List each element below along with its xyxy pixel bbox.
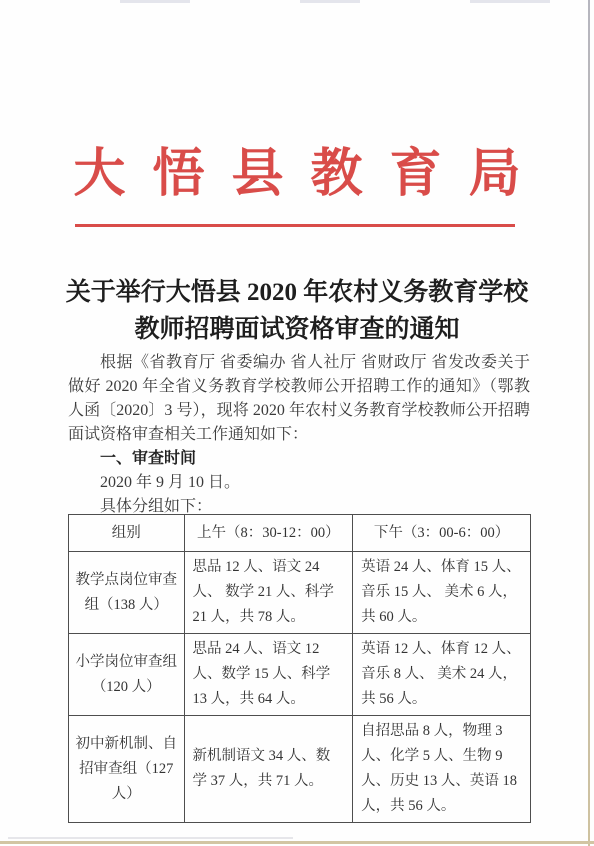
group-cell: 教学点岗位审查组（138 人）: [69, 552, 185, 634]
scan-artifact: [8, 837, 293, 839]
review-date-line: 2020 年 9 月 10 日。: [68, 471, 530, 495]
header-afternoon: 下午（3：00-6：00）: [353, 515, 531, 552]
org-letterhead: 大悟县教育局: [0, 131, 594, 206]
scan-artifact: [300, 0, 360, 3]
morning-cell: 思品 12 人、语文 24 人、 数学 21 人、科学 21 人，共 78 人。: [184, 552, 353, 634]
section-heading-review-time: 一、审查时间: [68, 447, 530, 471]
scan-artifact: [120, 0, 190, 3]
afternoon-cell: 自招思品 8 人，物理 3 人、化学 5 人、生物 9 人、历史 13 人、英语…: [353, 716, 531, 823]
page-edge-right: [588, 0, 590, 846]
table-header-row: 组别 上午（8：30-12：00） 下午（3：00-6：00）: [69, 515, 531, 552]
morning-cell: 新机制语文 34 人、数学 37 人，共 71 人。: [184, 716, 353, 823]
scanned-document-page: 大悟县教育局 关于举行大悟县 2020 年农村义务教育学校 教师招聘面试资格审查…: [0, 0, 594, 846]
table-row: 教学点岗位审查组（138 人） 思品 12 人、语文 24 人、 数学 21 人…: [69, 552, 531, 634]
table-row: 初中新机制、自招审查组（127 人） 新机制语文 34 人、数学 37 人，共 …: [69, 716, 531, 823]
table-row: 小学岗位审查组（120 人） 思品 24 人、语文 12 人、数学 15 人、科…: [69, 634, 531, 716]
letterhead-divider: [75, 224, 515, 227]
page-edge-bottom: [0, 841, 594, 844]
header-morning: 上午（8：30-12：00）: [184, 515, 353, 552]
document-title-line2: 教师招聘面试资格审查的通知: [30, 311, 564, 348]
morning-cell: 思品 24 人、语文 12 人、数学 15 人、科学 13 人，共 64 人。: [184, 634, 353, 716]
grouping-table: 组别 上午（8：30-12：00） 下午（3：00-6：00） 教学点岗位审查组…: [68, 514, 531, 823]
document-body: 根据《省教育厅 省委编办 省人社厅 省财政厅 省发改委关于做好 2020 年全省…: [68, 351, 530, 519]
group-cell: 初中新机制、自招审查组（127 人）: [69, 716, 185, 823]
document-title: 关于举行大悟县 2020 年农村义务教育学校 教师招聘面试资格审查的通知: [30, 274, 564, 348]
document-title-line1: 关于举行大悟县 2020 年农村义务教育学校: [30, 274, 564, 311]
header-group: 组别: [69, 515, 185, 552]
scan-artifact: [470, 0, 550, 3]
afternoon-cell: 英语 24 人、体育 15 人、音乐 15 人、 美术 6 人，共 60 人。: [353, 552, 531, 634]
intro-paragraph: 根据《省教育厅 省委编办 省人社厅 省财政厅 省发改委关于做好 2020 年全省…: [68, 351, 530, 447]
group-cell: 小学岗位审查组（120 人）: [69, 634, 185, 716]
afternoon-cell: 英语 12 人、体育 12 人、音乐 8 人、 美术 24 人，共 56 人。: [353, 634, 531, 716]
